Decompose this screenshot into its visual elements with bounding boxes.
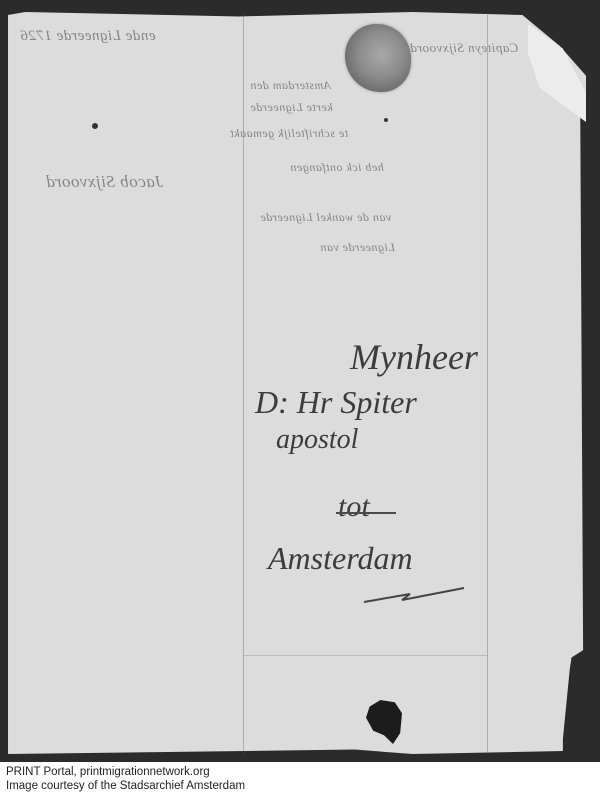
bleed-through-line: kerte Ligneerde: [250, 100, 333, 115]
caption-source: PRINT Portal, printmigrationnetwork.org: [6, 765, 245, 779]
caption-credit: Image courtesy of the Stadsarchief Amste…: [6, 779, 245, 793]
bleed-through-line: te schriftelijk gemaakt: [230, 126, 348, 141]
wax-seal: [345, 24, 411, 92]
fold-line-horizontal: [243, 655, 487, 656]
bleed-through-line: Capiteyn Sijxvoord: [410, 40, 519, 56]
destination-city: Amsterdam: [268, 540, 413, 577]
preposition-tot: tot: [338, 490, 370, 524]
bleed-through-line: Jacob Sijxvoord: [46, 172, 163, 192]
bleed-through-line: ende Ligneerde 1726: [20, 28, 156, 45]
addressee-name: D: Hr Spiter: [255, 384, 417, 421]
fold-line-vertical-left: [243, 12, 244, 754]
ink-blot: [384, 118, 388, 122]
image-caption: PRINT Portal, printmigrationnetwork.org …: [6, 765, 245, 793]
bleed-through-line: Ligneerde van: [320, 240, 395, 255]
document-scan: ende Ligneerde 1726 Capiteyn Sijxvoord A…: [0, 0, 600, 762]
salutation: Mynheer: [350, 336, 478, 378]
bleed-through-line: Amsterdam den: [250, 78, 331, 93]
flourish-stroke: [362, 586, 466, 606]
ink-blot: [92, 123, 98, 129]
strike-through: [336, 512, 396, 514]
fold-line-vertical-right: [487, 12, 488, 754]
bleed-through-line: van de wankel Ligneerde: [260, 210, 391, 225]
addressee-title: apostol: [276, 424, 358, 456]
bleed-through-line: heb ick ontfangen: [290, 160, 384, 175]
